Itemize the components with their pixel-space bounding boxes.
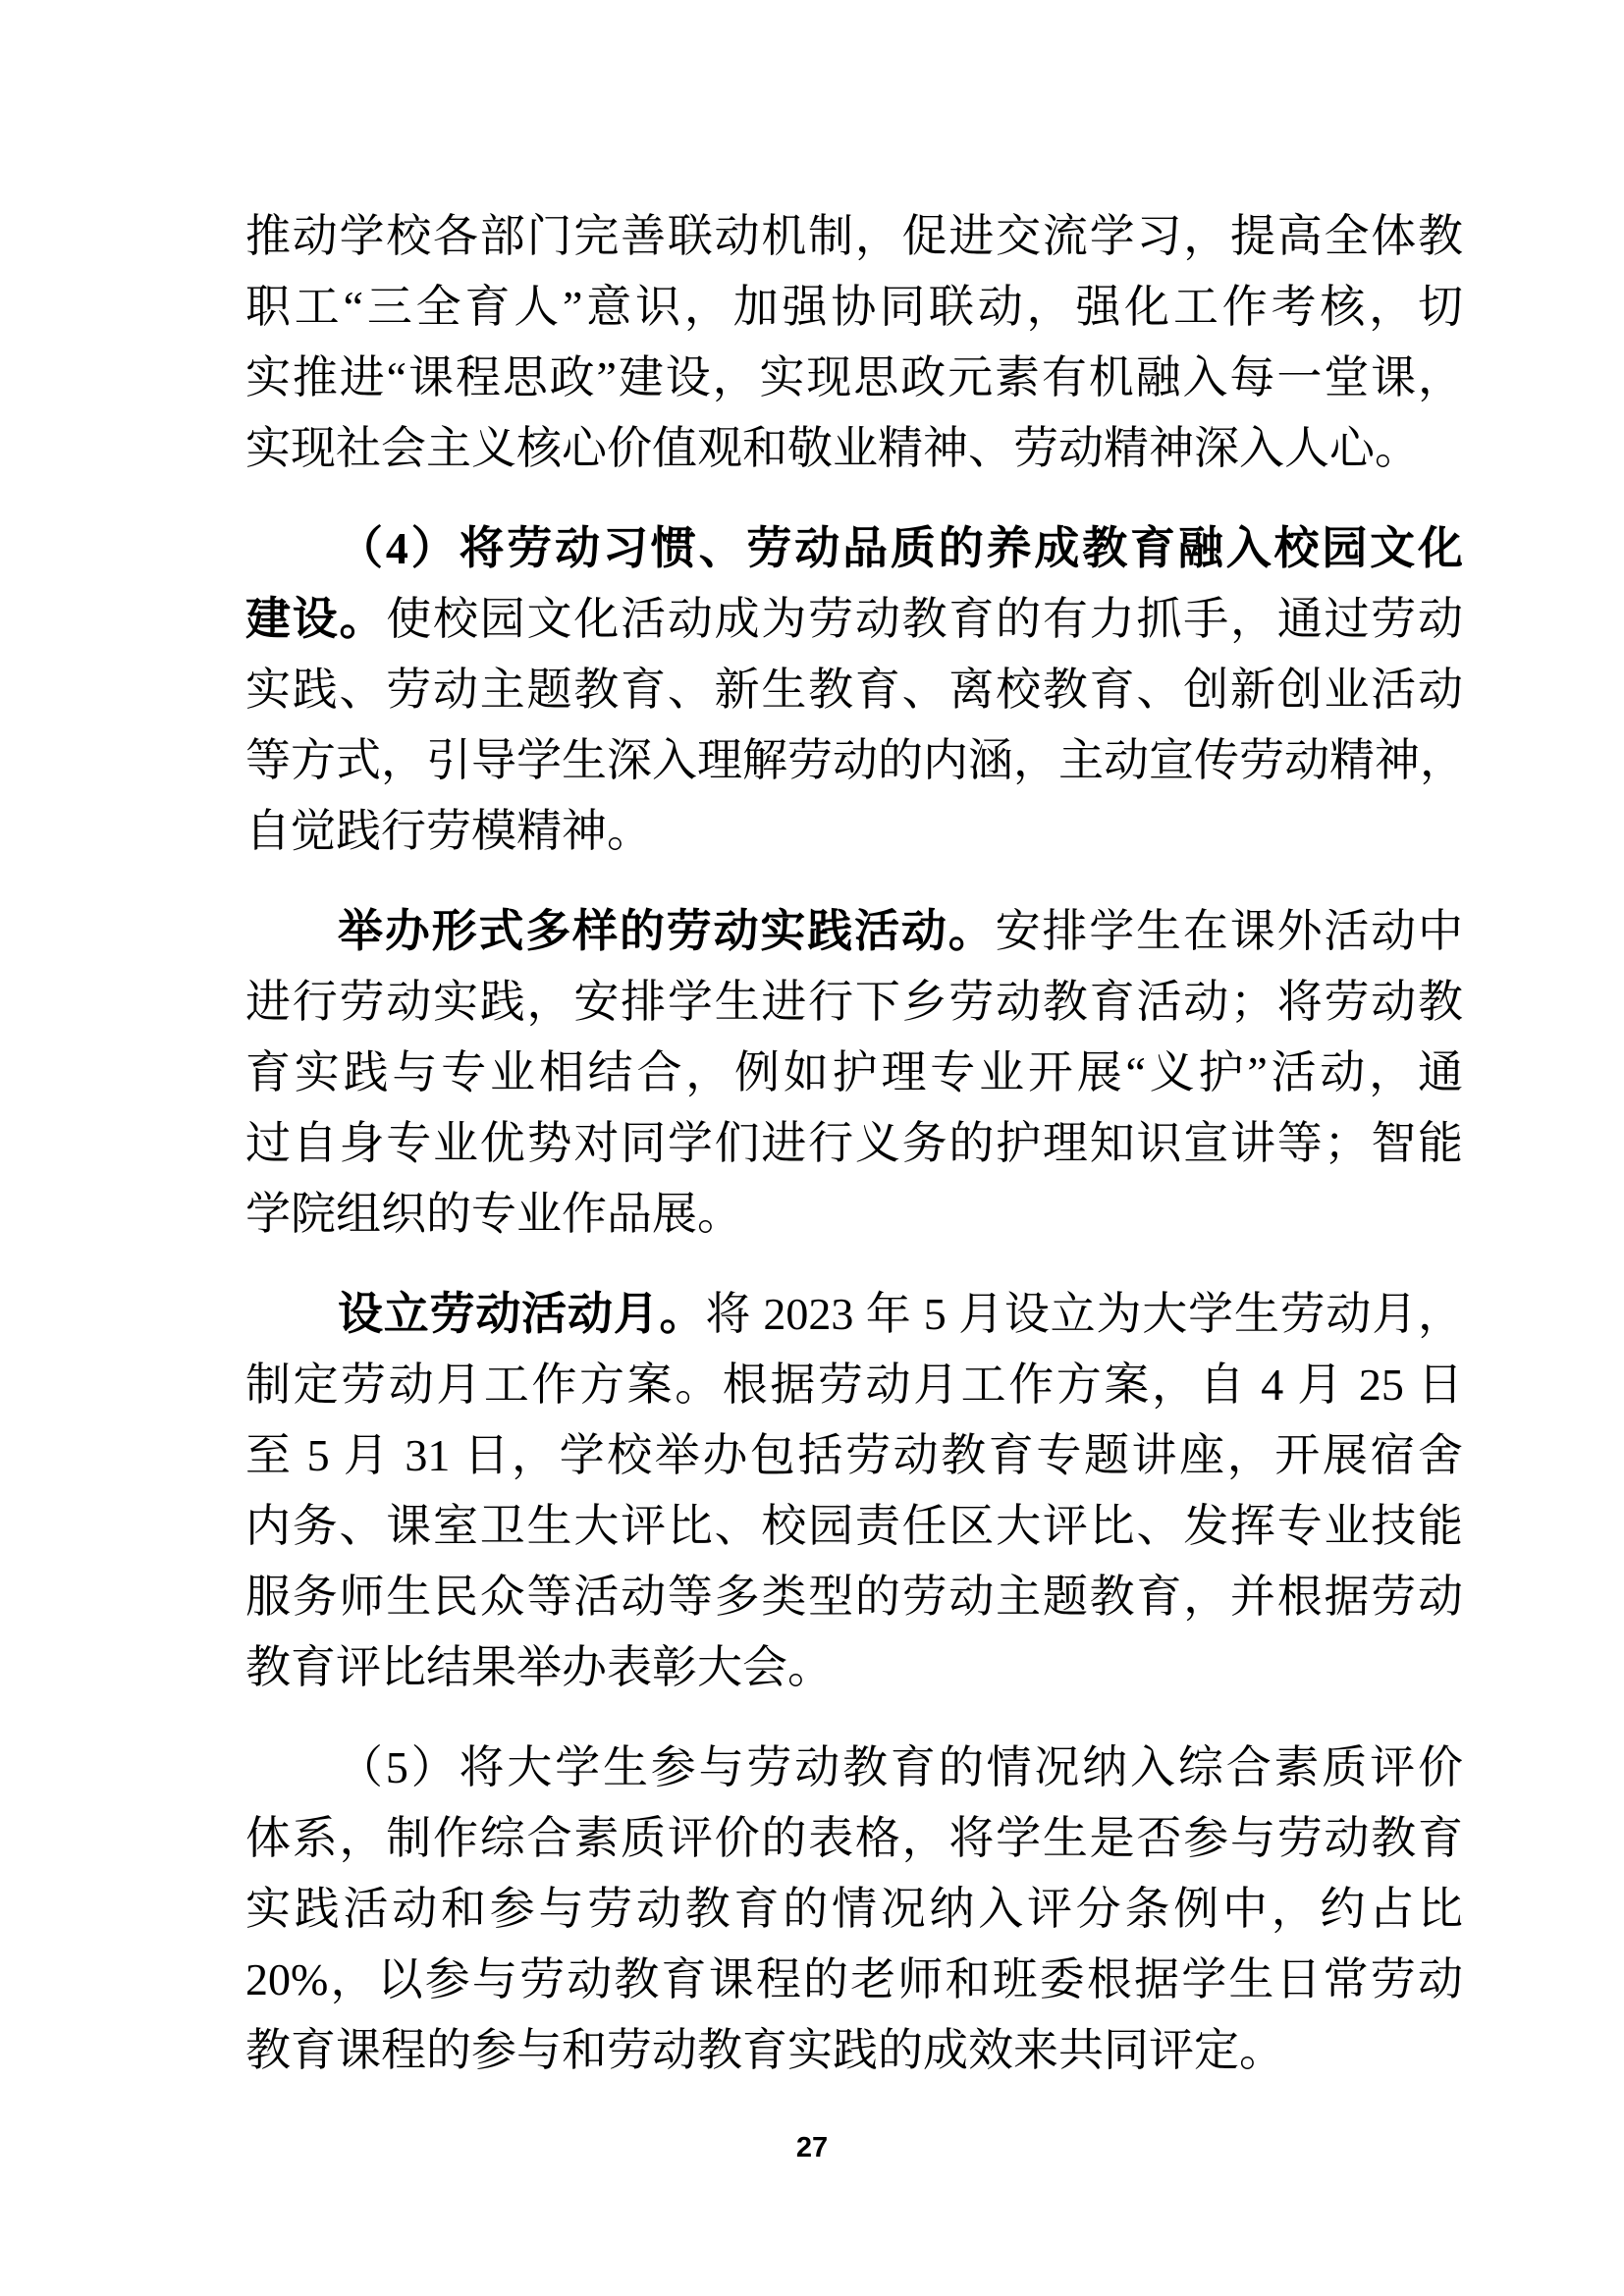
text-line: 至 5 月 31 日，学校举办包括劳动教育专题讲座，开展宿舍: [245, 1420, 1463, 1491]
text-line: 20%，以参与劳动教育课程的老师和班委根据学生日常劳动: [245, 1945, 1463, 2015]
text-run: 实推进“课程思政”建设，实现思政元素有机融入每一堂课，: [245, 352, 1463, 402]
text-line: 教育课程的参与和劳动教育实践的成效来共同评定。: [245, 2015, 1463, 2086]
text-run: 等方式，引导学生深入理解劳动的内涵，主动宣传劳动精神，: [245, 735, 1465, 785]
text-line: （4）将劳动习惯、劳动品质的养成教育融入校园文化: [245, 513, 1463, 584]
paragraph: 设立劳动活动月。将 2023 年 5 月设立为大学生劳动月，制定劳动月工作方案。…: [245, 1279, 1463, 1703]
text-run: 设立劳动活动月。: [338, 1289, 705, 1339]
text-line: 服务师生民众等活动等多类型的劳动主题教育，并根据劳动: [245, 1562, 1463, 1632]
text-line: 举办形式多样的劳动实践活动。安排学生在课外活动中: [245, 896, 1463, 967]
text-line: 进行劳动实践，安排学生进行下乡劳动教育活动；将劳动教: [245, 967, 1463, 1038]
text-line: 设立劳动活动月。将 2023 年 5 月设立为大学生劳动月，: [245, 1279, 1463, 1350]
text-run: 推动学校各部门完善联动机制，促进交流学习，提高全体教: [245, 211, 1463, 261]
text-run: 育实践与专业相结合，例如护理专业开展“义护”活动，通: [245, 1047, 1463, 1097]
text-run: 过自身专业优势对同学们进行义务的护理知识宣讲等；智能: [245, 1118, 1463, 1168]
text-line: 自觉践行劳模精神。: [245, 796, 1463, 867]
text-line: 实推进“课程思政”建设，实现思政元素有机融入每一堂课，: [245, 343, 1463, 413]
text-run: 内务、课室卫生大评比、校园责任区大评比、发挥专业技能: [245, 1501, 1463, 1551]
text-run: 实践、劳动主题教育、新生教育、离校教育、创新创业活动: [245, 665, 1463, 715]
text-line: 制定劳动月工作方案。根据劳动月工作方案，自 4 月 25 日: [245, 1350, 1463, 1420]
text-run: 至 5 月 31 日，学校举办包括劳动教育专题讲座，开展宿舍: [245, 1430, 1463, 1480]
text-run: 实现社会主义核心价值观和敬业精神、劳动精神深入人心。: [245, 423, 1420, 473]
text-line: 育实践与专业相结合，例如护理专业开展“义护”活动，通: [245, 1038, 1463, 1108]
text-run: （5）将大学生参与劳动教育的情况纳入综合素质评价: [338, 1742, 1463, 1792]
text-run: 将 2023 年 5 月设立为大学生劳动月，: [705, 1289, 1463, 1339]
text-line: 体系，制作综合素质评价的表格，将学生是否参与劳动教育: [245, 1803, 1463, 1874]
paragraph: 举办形式多样的劳动实践活动。安排学生在课外活动中进行劳动实践，安排学生进行下乡劳…: [245, 896, 1463, 1250]
text-run: 自觉践行劳模精神。: [245, 806, 652, 856]
text-line: 实践活动和参与劳动教育的情况纳入评分条例中，约占比: [245, 1874, 1463, 1945]
text-run: 教育评比结果举办表彰大会。: [245, 1642, 833, 1692]
text-run: 制定劳动月工作方案。根据劳动月工作方案，自 4 月 25 日: [245, 1360, 1463, 1410]
text-line: 实践、劳动主题教育、新生教育、离校教育、创新创业活动: [245, 655, 1463, 725]
text-run: 举办形式多样的劳动实践活动。: [338, 906, 996, 956]
text-run: 体系，制作综合素质评价的表格，将学生是否参与劳动教育: [245, 1813, 1463, 1863]
text-line: 实现社会主义核心价值观和敬业精神、劳动精神深入人心。: [245, 413, 1463, 484]
text-line: 学院组织的专业作品展。: [245, 1179, 1463, 1250]
text-run: 学院组织的专业作品展。: [245, 1189, 742, 1239]
paragraph: （5）将大学生参与劳动教育的情况纳入综合素质评价体系，制作综合素质评价的表格，将…: [245, 1733, 1463, 2086]
paragraph: 推动学校各部门完善联动机制，促进交流学习，提高全体教职工“三全育人”意识，加强协…: [245, 201, 1463, 484]
text-line: 内务、课室卫生大评比、校园责任区大评比、发挥专业技能: [245, 1491, 1463, 1562]
text-run: 进行劳动实践，安排学生进行下乡劳动教育活动；将劳动教: [245, 977, 1463, 1027]
text-line: 推动学校各部门完善联动机制，促进交流学习，提高全体教: [245, 201, 1463, 272]
text-line: 过自身专业优势对同学们进行义务的护理知识宣讲等；智能: [245, 1108, 1463, 1179]
text-line: （5）将大学生参与劳动教育的情况纳入综合素质评价: [245, 1733, 1463, 1803]
text-run: 教育课程的参与和劳动教育实践的成效来共同评定。: [245, 2025, 1284, 2075]
paragraph: （4）将劳动习惯、劳动品质的养成教育融入校园文化建设。使校园文化活动成为劳动教育…: [245, 513, 1463, 867]
text-run: 20%，以参与劳动教育课程的老师和班委根据学生日常劳动: [245, 1954, 1463, 2004]
text-line: 建设。使校园文化活动成为劳动教育的有力抓手，通过劳动: [245, 584, 1463, 655]
text-run: 职工“三全育人”意识，加强协同联动，强化工作考核，切: [245, 282, 1463, 332]
text-run: 实践活动和参与劳动教育的情况纳入评分条例中，约占比: [245, 1884, 1463, 1934]
text-run: 服务师生民众等活动等多类型的劳动主题教育，并根据劳动: [245, 1572, 1463, 1622]
document-page: 推动学校各部门完善联动机制，促进交流学习，提高全体教职工“三全育人”意识，加强协…: [0, 0, 1624, 2296]
text-line: 等方式，引导学生深入理解劳动的内涵，主动宣传劳动精神，: [245, 725, 1463, 796]
text-run: 建设。: [245, 594, 386, 644]
document-text: 推动学校各部门完善联动机制，促进交流学习，提高全体教职工“三全育人”意识，加强协…: [245, 201, 1463, 2086]
page-number: 27: [0, 2132, 1624, 2164]
text-run: （4）将劳动习惯、劳动品质的养成教育融入校园文化: [338, 523, 1463, 573]
text-run: 安排学生在课外活动中: [996, 906, 1463, 956]
text-line: 职工“三全育人”意识，加强协同联动，强化工作考核，切: [245, 272, 1463, 343]
text-run: 使校园文化活动成为劳动教育的有力抓手，通过劳动: [386, 594, 1463, 644]
text-line: 教育评比结果举办表彰大会。: [245, 1632, 1463, 1703]
